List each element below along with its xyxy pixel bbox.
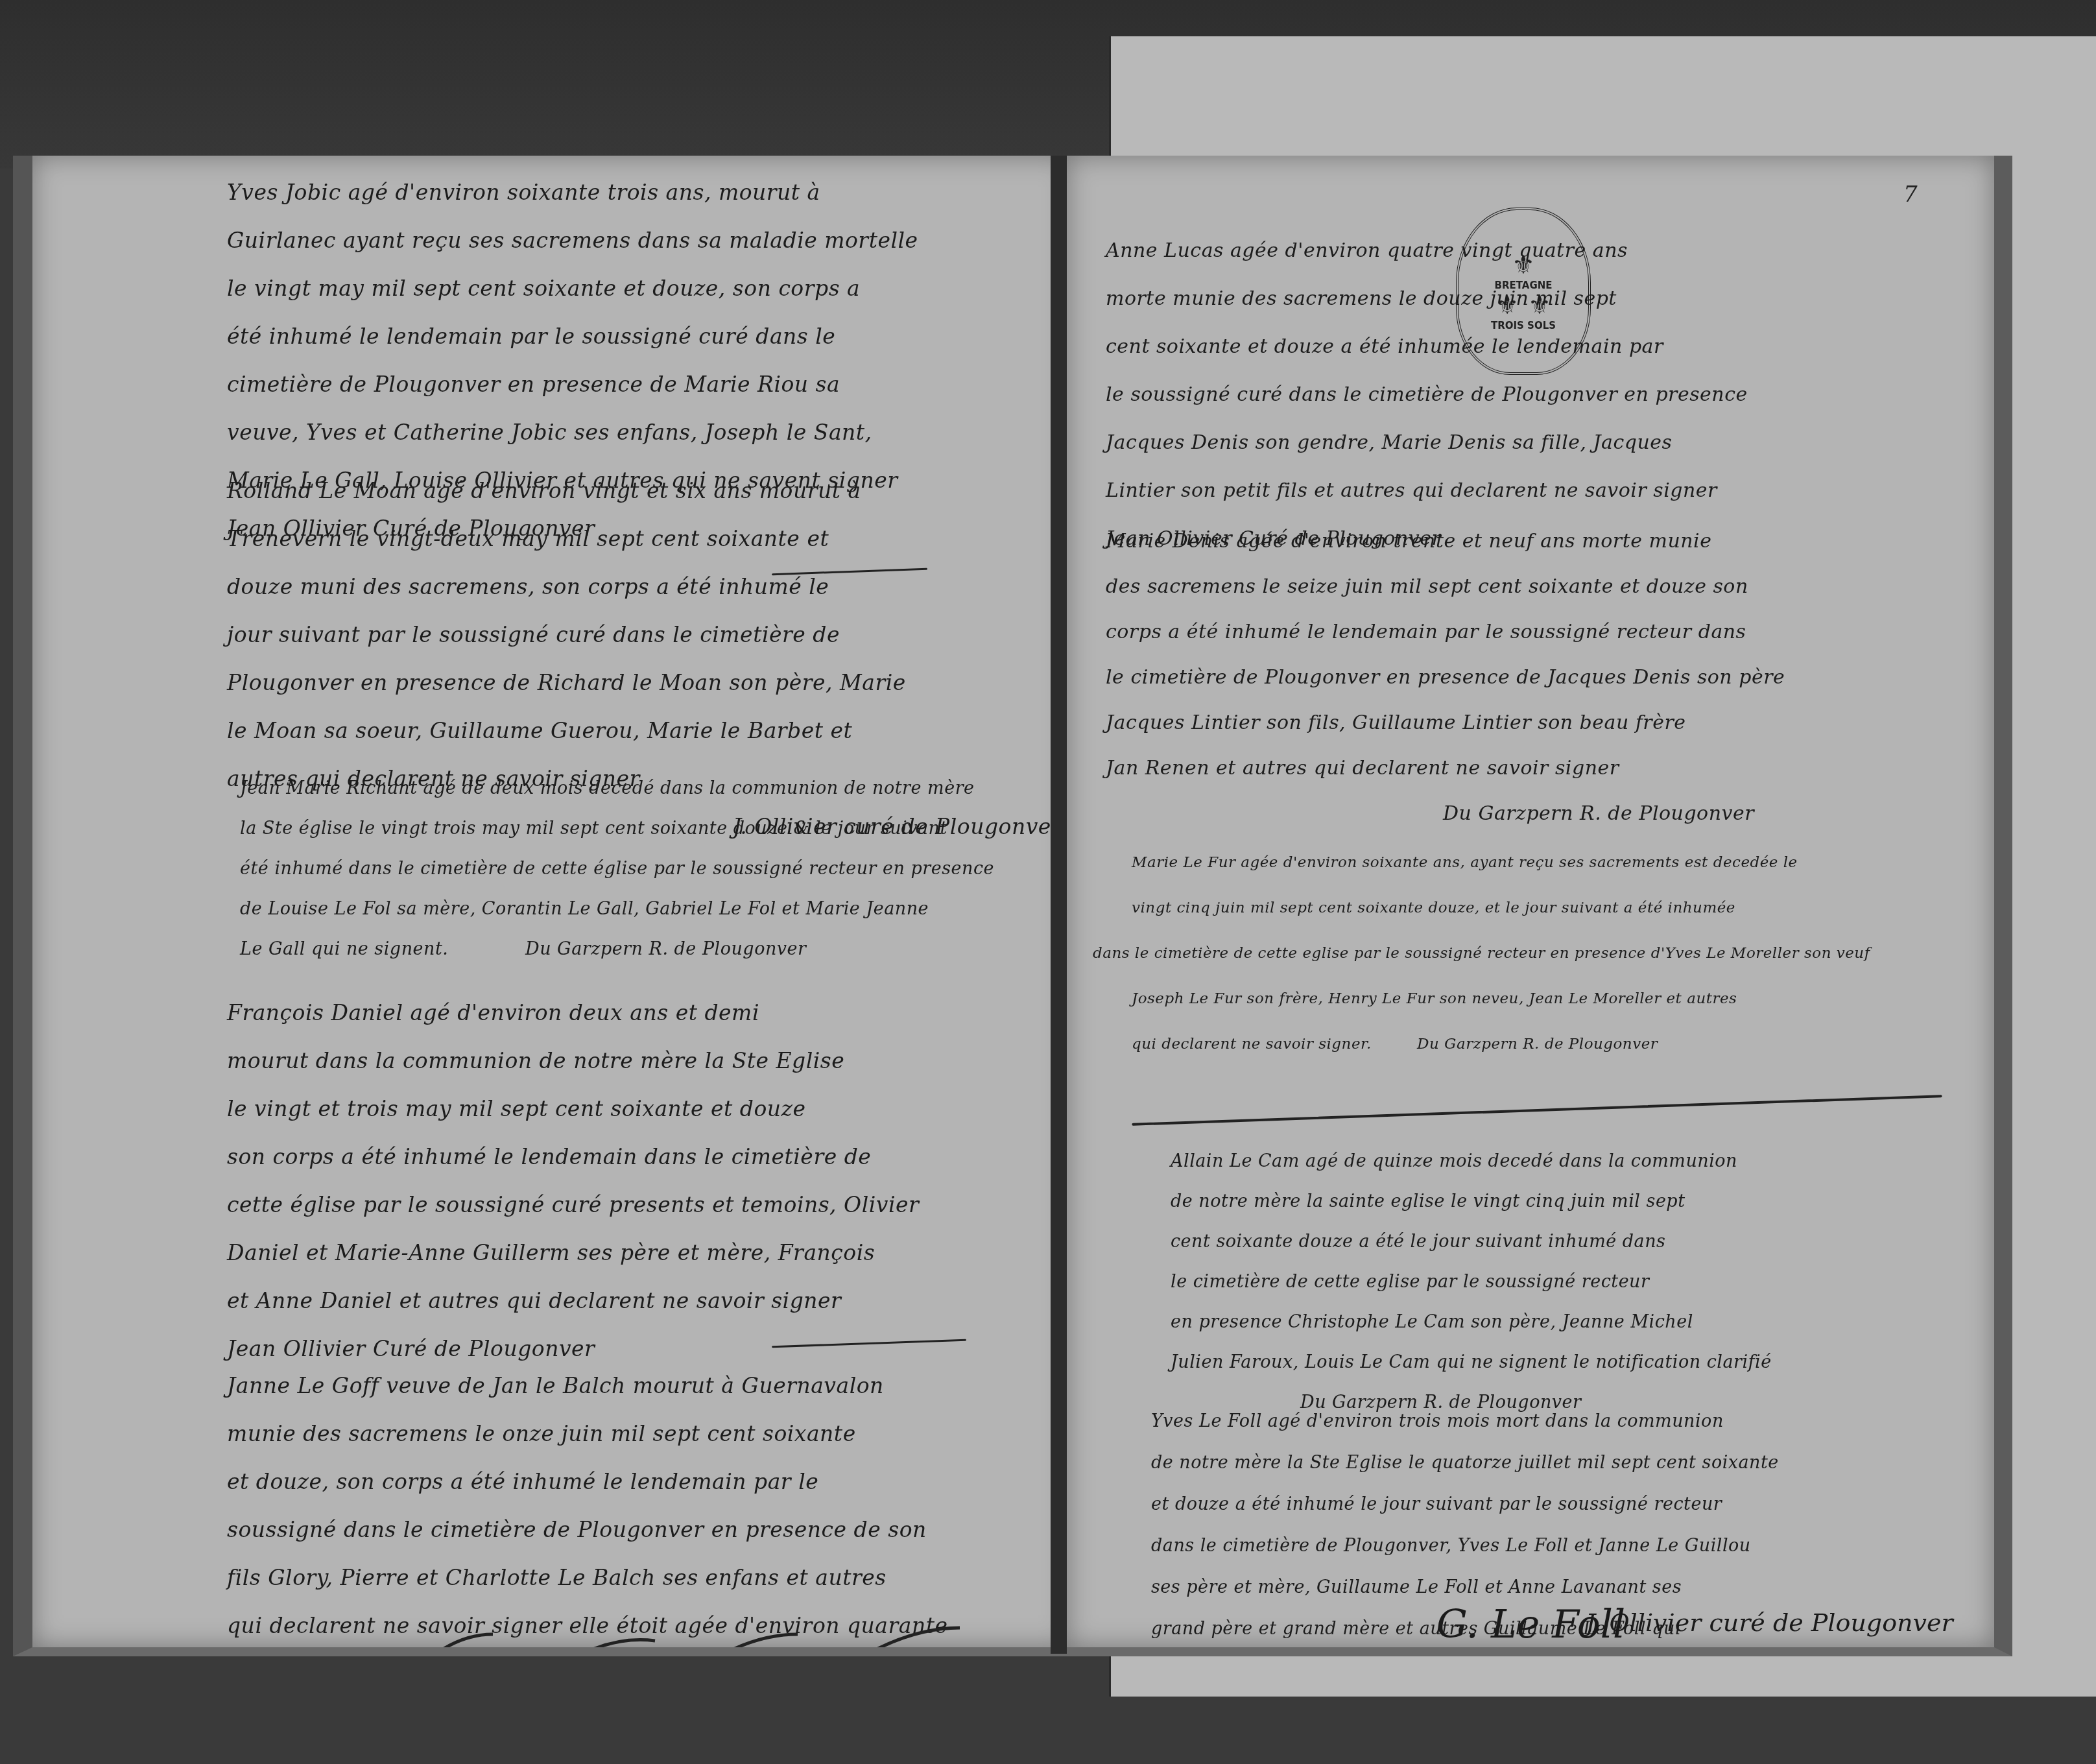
burial-entry: Allain Le Cam agé de quinze mois decedé …	[1171, 1141, 1772, 1423]
entry-line: douze muni des sacremens, son corps a ét…	[227, 563, 1062, 611]
entry-line: Yves Le Foll agé d'environ trois mois mo…	[1151, 1401, 1779, 1442]
entry-line: soussigné dans le cimetière de Plougonve…	[227, 1506, 948, 1554]
entry-line: Plougonver en presence de Richard le Moa…	[227, 659, 1062, 707]
burial-entry: François Daniel agé d'environ deux ans e…	[227, 989, 919, 1373]
burial-entry: Jean Marie Richant agé de deux mois dece…	[240, 769, 994, 970]
entry-line: cent soixante douze a été le jour suivan…	[1171, 1222, 1772, 1262]
entry-line: munie des sacremens le onze juin mil sep…	[227, 1410, 948, 1458]
entry-signature: Du Garzpern R. de Plougonver	[1106, 791, 1785, 837]
entry-line: Rolland Le Moan agé d'environ vingt et s…	[227, 467, 1062, 515]
entry-line: Janne Le Goff veuve de Jan le Balch mour…	[227, 1362, 948, 1410]
entry-line: Jacques Lintier son fils, Guillaume Lint…	[1106, 700, 1785, 746]
entry-line: été inhumé dans le cimetière de cette ég…	[240, 849, 994, 889]
entry-line: Jan Renen et autres qui declarent ne sav…	[1106, 746, 1785, 791]
entry-line: mourut dans la communion de notre mère l…	[227, 1037, 919, 1085]
entry-line: Lintier son petit fils et autres qui dec…	[1106, 467, 1748, 515]
entry-line: le soussigné curé dans le cimetière de P…	[1106, 371, 1748, 419]
entry-line: et douze, son corps a été inhumé le lend…	[227, 1458, 948, 1506]
entry-line: Marie Le Fur agée d'environ soixante ans…	[1093, 840, 1870, 885]
entry-line: été inhumé le lendemain par le soussigné…	[227, 313, 918, 361]
entry-line: Trenevern le vingt-deux may mil sept cen…	[227, 515, 1062, 563]
entry-line: jour suivant par le soussigné curé dans …	[227, 611, 1062, 659]
entry-line: le vingt may mil sept cent soixante et d…	[227, 265, 918, 313]
entry-line: le Moan sa soeur, Guillaume Guerou, Mari…	[227, 707, 1062, 755]
entry-line: Allain Le Cam agé de quinze mois decedé …	[1171, 1141, 1772, 1182]
entry-line: Jean Marie Richant agé de deux mois dece…	[240, 769, 994, 809]
entry-line: fils Glory, Pierre et Charlotte Le Balch…	[227, 1554, 948, 1602]
entry-line: sait signer et signe	[1151, 1650, 1779, 1656]
closing-flourish	[214, 1608, 992, 1656]
entry-line: de Louise Le Fol sa mère, Corantin Le Ga…	[240, 889, 994, 929]
left-page: Yves Jobic agé d'environ soixante trois …	[13, 156, 1070, 1656]
entry-line: de notre mère la sainte eglise le vingt …	[1171, 1182, 1772, 1222]
entry-line: et Anne Daniel et autres qui declarent n…	[227, 1277, 919, 1325]
entry-line: Daniel et Marie-Anne Guillerm ses père e…	[227, 1229, 919, 1277]
entry-line: le cimetière de cette eglise par le sous…	[1171, 1262, 1772, 1302]
entry-line: ans J. Ollivier curé de Plougonver	[227, 1650, 948, 1656]
entry-line: cent soixante et douze a été inhumée le …	[1106, 323, 1748, 371]
entry-line: dans le cimetière de cette eglise par le…	[1093, 931, 1870, 976]
signature-ollivier: J. Ollivier curé de Plougonver	[1586, 1608, 1953, 1637]
entry-line: corps a été inhumé le lendemain par le s…	[1106, 610, 1785, 655]
entry-line: le cimetière de Plougonver en presence d…	[1106, 655, 1785, 700]
burial-entry: Marie Denis agée d'environ trente et neu…	[1106, 519, 1785, 837]
entry-line: François Daniel agé d'environ deux ans e…	[227, 989, 919, 1037]
entry-line: cimetière de Plougonver en presence de M…	[227, 361, 918, 409]
entry-line: des sacremens le seize juin mil sept cen…	[1106, 564, 1785, 610]
entry-line: de notre mère la Ste Eglise le quatorze …	[1151, 1442, 1779, 1484]
entry-line: Joseph Le Fur son frère, Henry Le Fur so…	[1093, 976, 1870, 1021]
burial-entry: Marie Le Fur agée d'environ soixante ans…	[1093, 840, 1870, 1067]
entry-line: son corps a été inhumé le lendemain dans…	[227, 1133, 919, 1181]
entry-line: Jacques Denis son gendre, Marie Denis sa…	[1106, 419, 1748, 467]
flourish-divider	[1132, 1095, 1942, 1126]
right-page: 7 ⚜ BRETAGNE ⚜ ⚜ TROIS SOLS Anne Lucas a…	[1067, 156, 2012, 1656]
entry-line: dans le cimetière de Plougonver, Yves Le…	[1151, 1525, 1779, 1567]
entry-line: veuve, Yves et Catherine Jobic ses enfan…	[227, 409, 918, 457]
book-gutter	[1051, 156, 1067, 1654]
entry-line: Yves Jobic agé d'environ soixante trois …	[227, 169, 918, 217]
entry-line: Marie Denis agée d'environ trente et neu…	[1106, 519, 1785, 564]
entry-line: Anne Lucas agée d'environ quatre vingt q…	[1106, 227, 1748, 275]
entry-line: la Ste église le vingt trois may mil sep…	[240, 809, 994, 849]
entry-line: morte munie des sacremens le douze juin …	[1106, 275, 1748, 323]
entry-line: en presence Christophe Le Cam son père, …	[1171, 1302, 1772, 1342]
entry-line: cette église par le soussigné curé prese…	[227, 1181, 919, 1229]
register-book: Yves Jobic agé d'environ soixante trois …	[13, 156, 2062, 1667]
entry-line: vingt cinq juin mil sept cent soixante d…	[1093, 885, 1870, 931]
entry-line: et douze a été inhumé le jour suivant pa…	[1151, 1484, 1779, 1525]
entry-line: le vingt et trois may mil sept cent soix…	[227, 1085, 919, 1133]
page-number: 7	[1903, 182, 1918, 208]
entry-line: Guirlanec ayant reçu ses sacremens dans …	[227, 217, 918, 265]
burial-entry: Anne Lucas agée d'environ quatre vingt q…	[1106, 227, 1748, 563]
entry-line: Julien Faroux, Louis Le Cam qui ne signe…	[1171, 1342, 1772, 1383]
